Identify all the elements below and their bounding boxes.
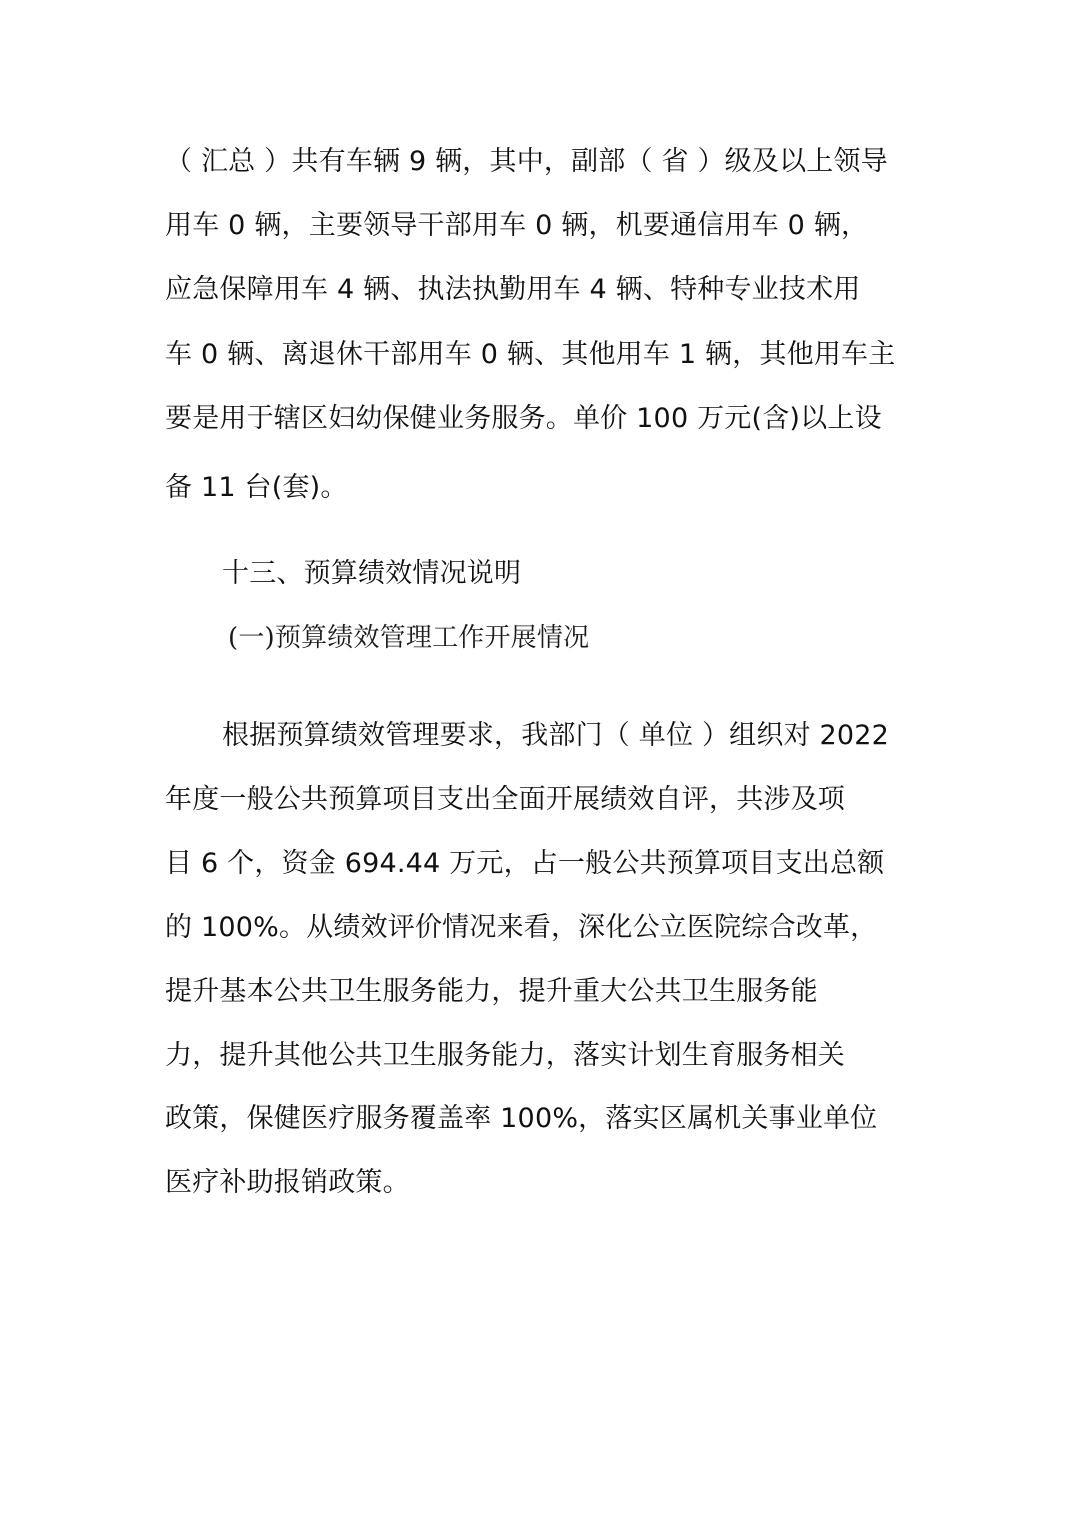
paragraph-line: 应急保障用车 4 辆、执法执勤用车 4 辆、特种专业技术用 (165, 274, 861, 306)
paragraph-line: 要是用于辖区妇幼保健业务服务。单价 100 万元(含)以上设 (165, 403, 882, 435)
section-subheading: (一)预算绩效管理工作开展情况 (228, 622, 589, 654)
paragraph-line: 车 0 辆、离退休干部用车 0 辆、其他用车 1 辆，其他用车主 (165, 339, 895, 371)
document-page: （ 汇总 ）共有车辆 9 辆，其中，副部（ 省 ）级及以上领导 用车 0 辆，主… (0, 0, 1075, 1521)
paragraph-line: 医疗补助报销政策。 (165, 1167, 410, 1199)
section-heading: 十三、预算绩效情况说明 (222, 558, 521, 590)
paragraph-line: 目 6 个，资金 694.44 万元，占一般公共预算项目支出总额 (165, 848, 884, 880)
paragraph-line: （ 汇总 ）共有车辆 9 辆，其中，副部（ 省 ）级及以上领导 (165, 146, 888, 178)
paragraph-line: 用车 0 辆，主要领导干部用车 0 辆，机要通信用车 0 辆， (165, 210, 868, 242)
paragraph-line: 政策，保健医疗服务覆盖率 100%，落实区属机关事业单位 (165, 1103, 877, 1135)
paragraph-line: 年度一般公共预算项目支出全面开展绩效自评，共涉及项 (165, 784, 845, 816)
paragraph-line: 力，提升其他公共卫生服务能力，落实计划生育服务相关 (165, 1040, 845, 1072)
paragraph-line: 备 11 台(套)。 (165, 472, 348, 504)
paragraph-line: 提升基本公共卫生服务能力，提升重大公共卫生服务能 (165, 976, 818, 1008)
paragraph-line: 的 100%。从绩效评价情况来看，深化公立医院综合改革， (165, 912, 877, 944)
paragraph-line: 根据预算绩效管理要求，我部门（ 单位 ）组织对 2022 (222, 720, 889, 752)
